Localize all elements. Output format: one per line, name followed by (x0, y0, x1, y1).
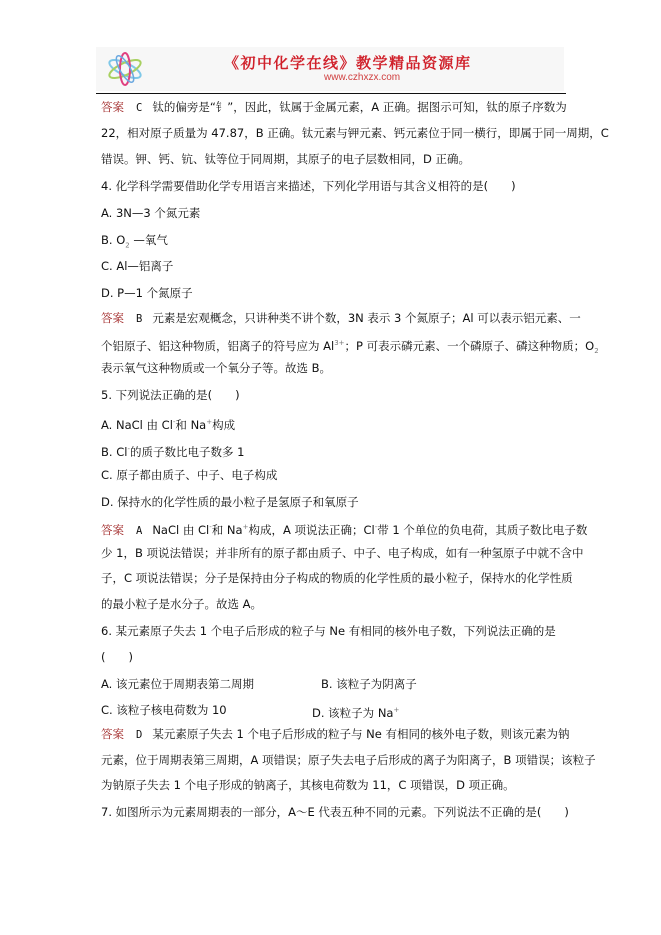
q5-option-c: C. 原子都由质子、中子、电子构成 (101, 468, 277, 482)
q7-stem: 7. 如图所示为元素周期表的一部分，A～E 代表五种不同的元素。下列说法不正确的… (101, 805, 569, 819)
answer-letter: C (136, 102, 142, 114)
q6-option-a: A. 该元素位于周期表第二周期 (101, 677, 254, 691)
q6-stem: 6. 某元素原子失去 1 个电子后形成的粒子与 Ne 有相同的核外电子数，下列说… (101, 624, 556, 638)
q3-answer-line-2: 22，相对原子质量为 47.87，B 正确。钛元素与钾元素、钙元素位于同一横行，… (101, 126, 609, 140)
banner-url: www.czhxzx.com (324, 72, 400, 83)
q4-answer-line-2: 个铝原子、铝这种物质，铝离子的符号应为 Al3+；P 可表示磷元素、一个磷原子、… (101, 336, 599, 358)
q4-option-a: A. 3N—3 个氮元素 (101, 206, 200, 220)
q3-answer-line-1: 答案C钛的偏旁是“钅”，因此，钛属于金属元素，A 正确。据图示可知，钛的原子序数… (101, 100, 567, 115)
answer-letter: B (136, 313, 142, 325)
q5-answer-line-4: 的最小粒子是水分子。故选 A。 (101, 597, 262, 611)
answer-label: 答案 (101, 100, 124, 114)
answer-label: 答案 (101, 311, 124, 325)
banner-title: 《初中化学在线》教学精品资源库 (224, 52, 472, 73)
q4-option-b: B. O2 —氧气 (101, 233, 168, 252)
q6-answer-line-2: 元素，位于周期表第三周期，A 项错误；原子失去电子后形成的离子为阳离子，B 项错… (101, 753, 596, 767)
q4-option-d: D. P—1 个氮原子 (101, 286, 193, 300)
q5-answer-line-2: 少 1，B 项说法错误；并非所有的原子都由质子、中子、电子构成，如有一种氢原子中… (101, 546, 584, 560)
answer-label: 答案 (101, 727, 124, 741)
q6-option-b: B. 该粒子为阴离子 (321, 677, 417, 691)
q5-option-d: D. 保持水的化学性质的最小粒子是氢原子和氧原子 (101, 495, 359, 509)
answer-letter: D (136, 729, 142, 741)
answer-text: 钛的偏旁是“钅”，因此，钛属于金属元素，A 正确。据图示可知，钛的原子序数为 (152, 100, 566, 114)
q5-stem: 5. 下列说法正确的是( ) (101, 388, 240, 402)
q6-stem-paren: ( ) (101, 650, 133, 664)
q6-answer-line-1: 答案D某元素原子失去 1 个电子后形成的粒子与 Ne 有相同的核外电子数，则该元… (101, 727, 569, 742)
q5-answer-line-3: 子，C 项说法错误；分子是保持由分子构成的物质的化学性质的最小粒子，保持水的化学… (101, 571, 573, 585)
q4-answer-line-3: 表示氧气这种物质或一个氧分子等。故选 B。 (101, 361, 331, 375)
q3-answer-line-3: 错误。钾、钙、钪、钛等位于同周期，其原子的电子层数相同，D 正确。 (101, 152, 470, 166)
q5-answer-line-1: 答案ANaCl 由 Cl-和 Na+构成，A 项说法正确；Cl-带 1 个单位的… (101, 520, 587, 538)
q4-option-c: C. Al—铝离子 (101, 259, 173, 273)
q6-answer-line-3: 为钠原子失去 1 个电子形成的钠离子，其核电荷数为 11，C 项错误，D 项正确… (101, 778, 515, 792)
q5-option-a: A. NaCl 由 Cl-和 Na+构成 (101, 415, 235, 432)
atom-logo-icon (104, 51, 146, 87)
answer-letter: A (136, 525, 142, 537)
document-page: 《初中化学在线》教学精品资源库 www.czhxzx.com 答案C钛的偏旁是“… (0, 0, 661, 935)
header-divider (96, 93, 566, 94)
header-banner: 《初中化学在线》教学精品资源库 www.czhxzx.com (96, 47, 564, 91)
q6-option-d: D. 该粒子为 Na+ (312, 703, 399, 720)
q5-option-b: B. Cl-的质子数比电子数多 1 (101, 442, 244, 459)
answer-label: 答案 (101, 523, 124, 537)
q4-stem: 4. 化学科学需要借助化学专用语言来描述，下列化学用语与其含义相符的是( ) (101, 179, 516, 193)
q4-answer-line-1: 答案B元素是宏观概念，只讲种类不讲个数，3N 表示 3 个氮原子；Al 可以表示… (101, 311, 581, 326)
q6-option-c: C. 该粒子核电荷数为 10 (101, 703, 227, 717)
